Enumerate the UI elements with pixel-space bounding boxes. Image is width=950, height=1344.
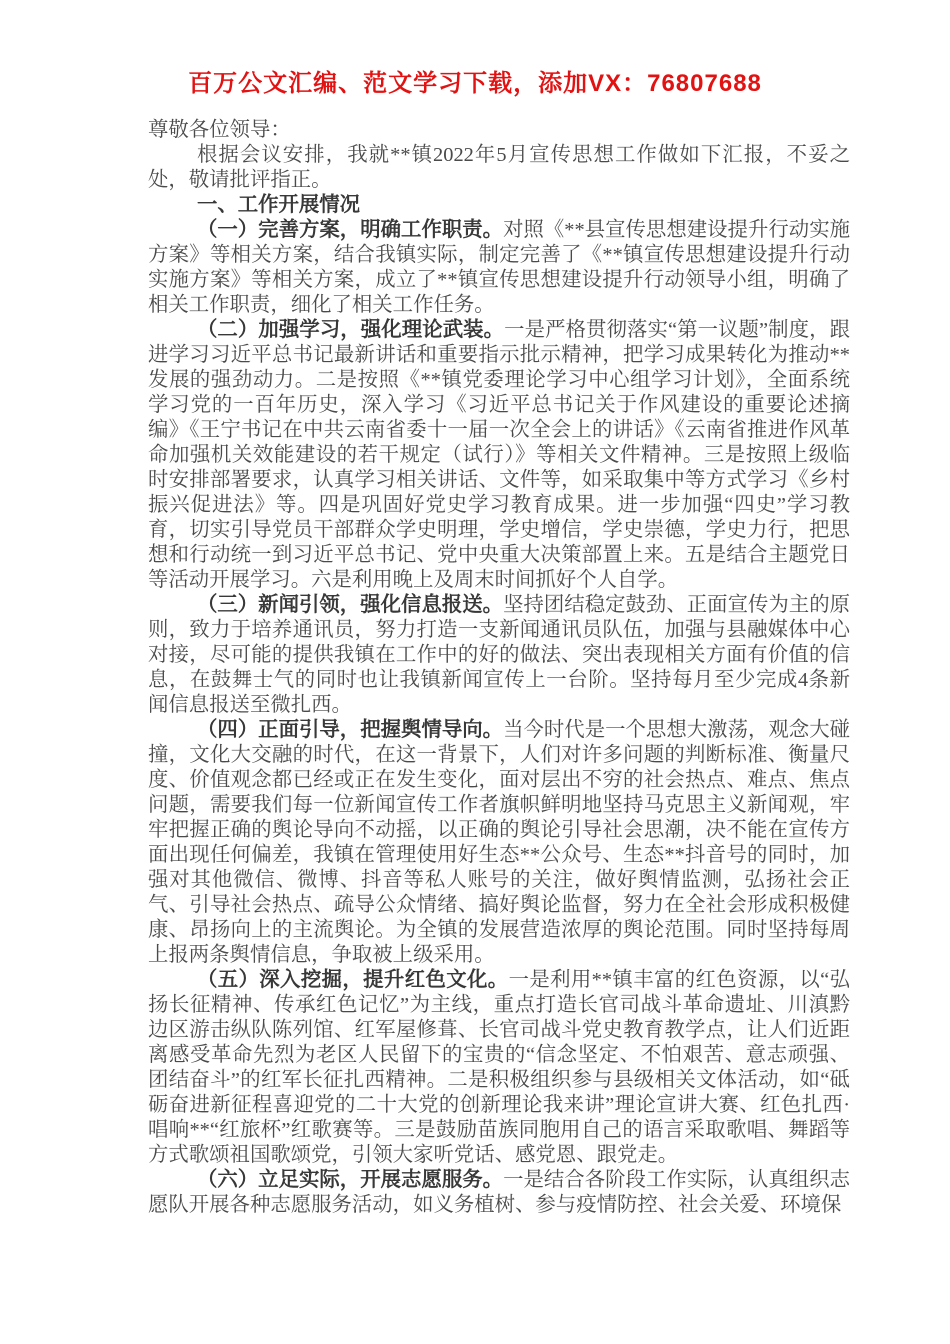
paragraph-2-body: 一是严格贯彻落实“第一议题”制度，跟进学习习近平总书记最新讲话和重要指示批示精神…: [148, 319, 850, 591]
paragraph-5-body: 一是利用**镇丰富的红色资源，以“弘扬长征精神、传承红色记忆”为主线，重点打造长…: [148, 969, 850, 1166]
document-page: 百万公文汇编、范文学习下载，添加VX：76807688 尊敬各位领导： 根据会议…: [0, 0, 950, 1344]
paragraph-6-heading: （六）立足实际，开展志愿服务。: [197, 1169, 503, 1191]
paragraph-4-body: 当今时代是一个思想大激荡，观念大碰撞，文化大交融的时代，在这一背景下，人们对许多…: [148, 719, 850, 966]
section-title: 一、工作开展情况: [148, 193, 850, 218]
paragraph-2-heading: （二）加强学习，强化理论武装。: [197, 319, 504, 341]
paragraph-item-4: （四）正面引导，把握舆情导向。当今时代是一个思想大激荡，观念大碰撞，文化大交融的…: [148, 718, 850, 968]
intro-paragraph: 根据会议安排，我就**镇2022年5月宣传思想工作做如下汇报，不妥之处，敬请批评…: [148, 143, 850, 193]
document-body: 尊敬各位领导： 根据会议安排，我就**镇2022年5月宣传思想工作做如下汇报，不…: [148, 118, 850, 1218]
greeting-line: 尊敬各位领导：: [148, 118, 850, 143]
paragraph-item-1: （一）完善方案，明确工作职责。对照《**县宣传思想建设提升行动实施方案》等相关方…: [148, 218, 850, 318]
paragraph-item-6: （六）立足实际，开展志愿服务。一是结合各阶段工作实际，认真组织志愿队开展各种志愿…: [148, 1168, 850, 1218]
paragraph-5-heading: （五）深入挖掘，提升红色文化。: [197, 969, 509, 991]
paragraph-3-heading: （三）新闻引领，强化信息报送。: [197, 594, 503, 616]
paragraph-item-5: （五）深入挖掘，提升红色文化。一是利用**镇丰富的红色资源，以“弘扬长征精神、传…: [148, 968, 850, 1168]
paragraph-4-heading: （四）正面引导，把握舆情导向。: [197, 719, 503, 741]
paragraph-item-2: （二）加强学习，强化理论武装。一是严格贯彻落实“第一议题”制度，跟进学习习近平总…: [148, 318, 850, 593]
header-notice: 百万公文汇编、范文学习下载，添加VX：76807688: [0, 63, 950, 98]
paragraph-1-heading: （一）完善方案，明确工作职责。: [197, 219, 503, 241]
paragraph-item-3: （三）新闻引领，强化信息报送。坚持团结稳定鼓劲、正面宣传为主的原则，致力于培养通…: [148, 593, 850, 718]
